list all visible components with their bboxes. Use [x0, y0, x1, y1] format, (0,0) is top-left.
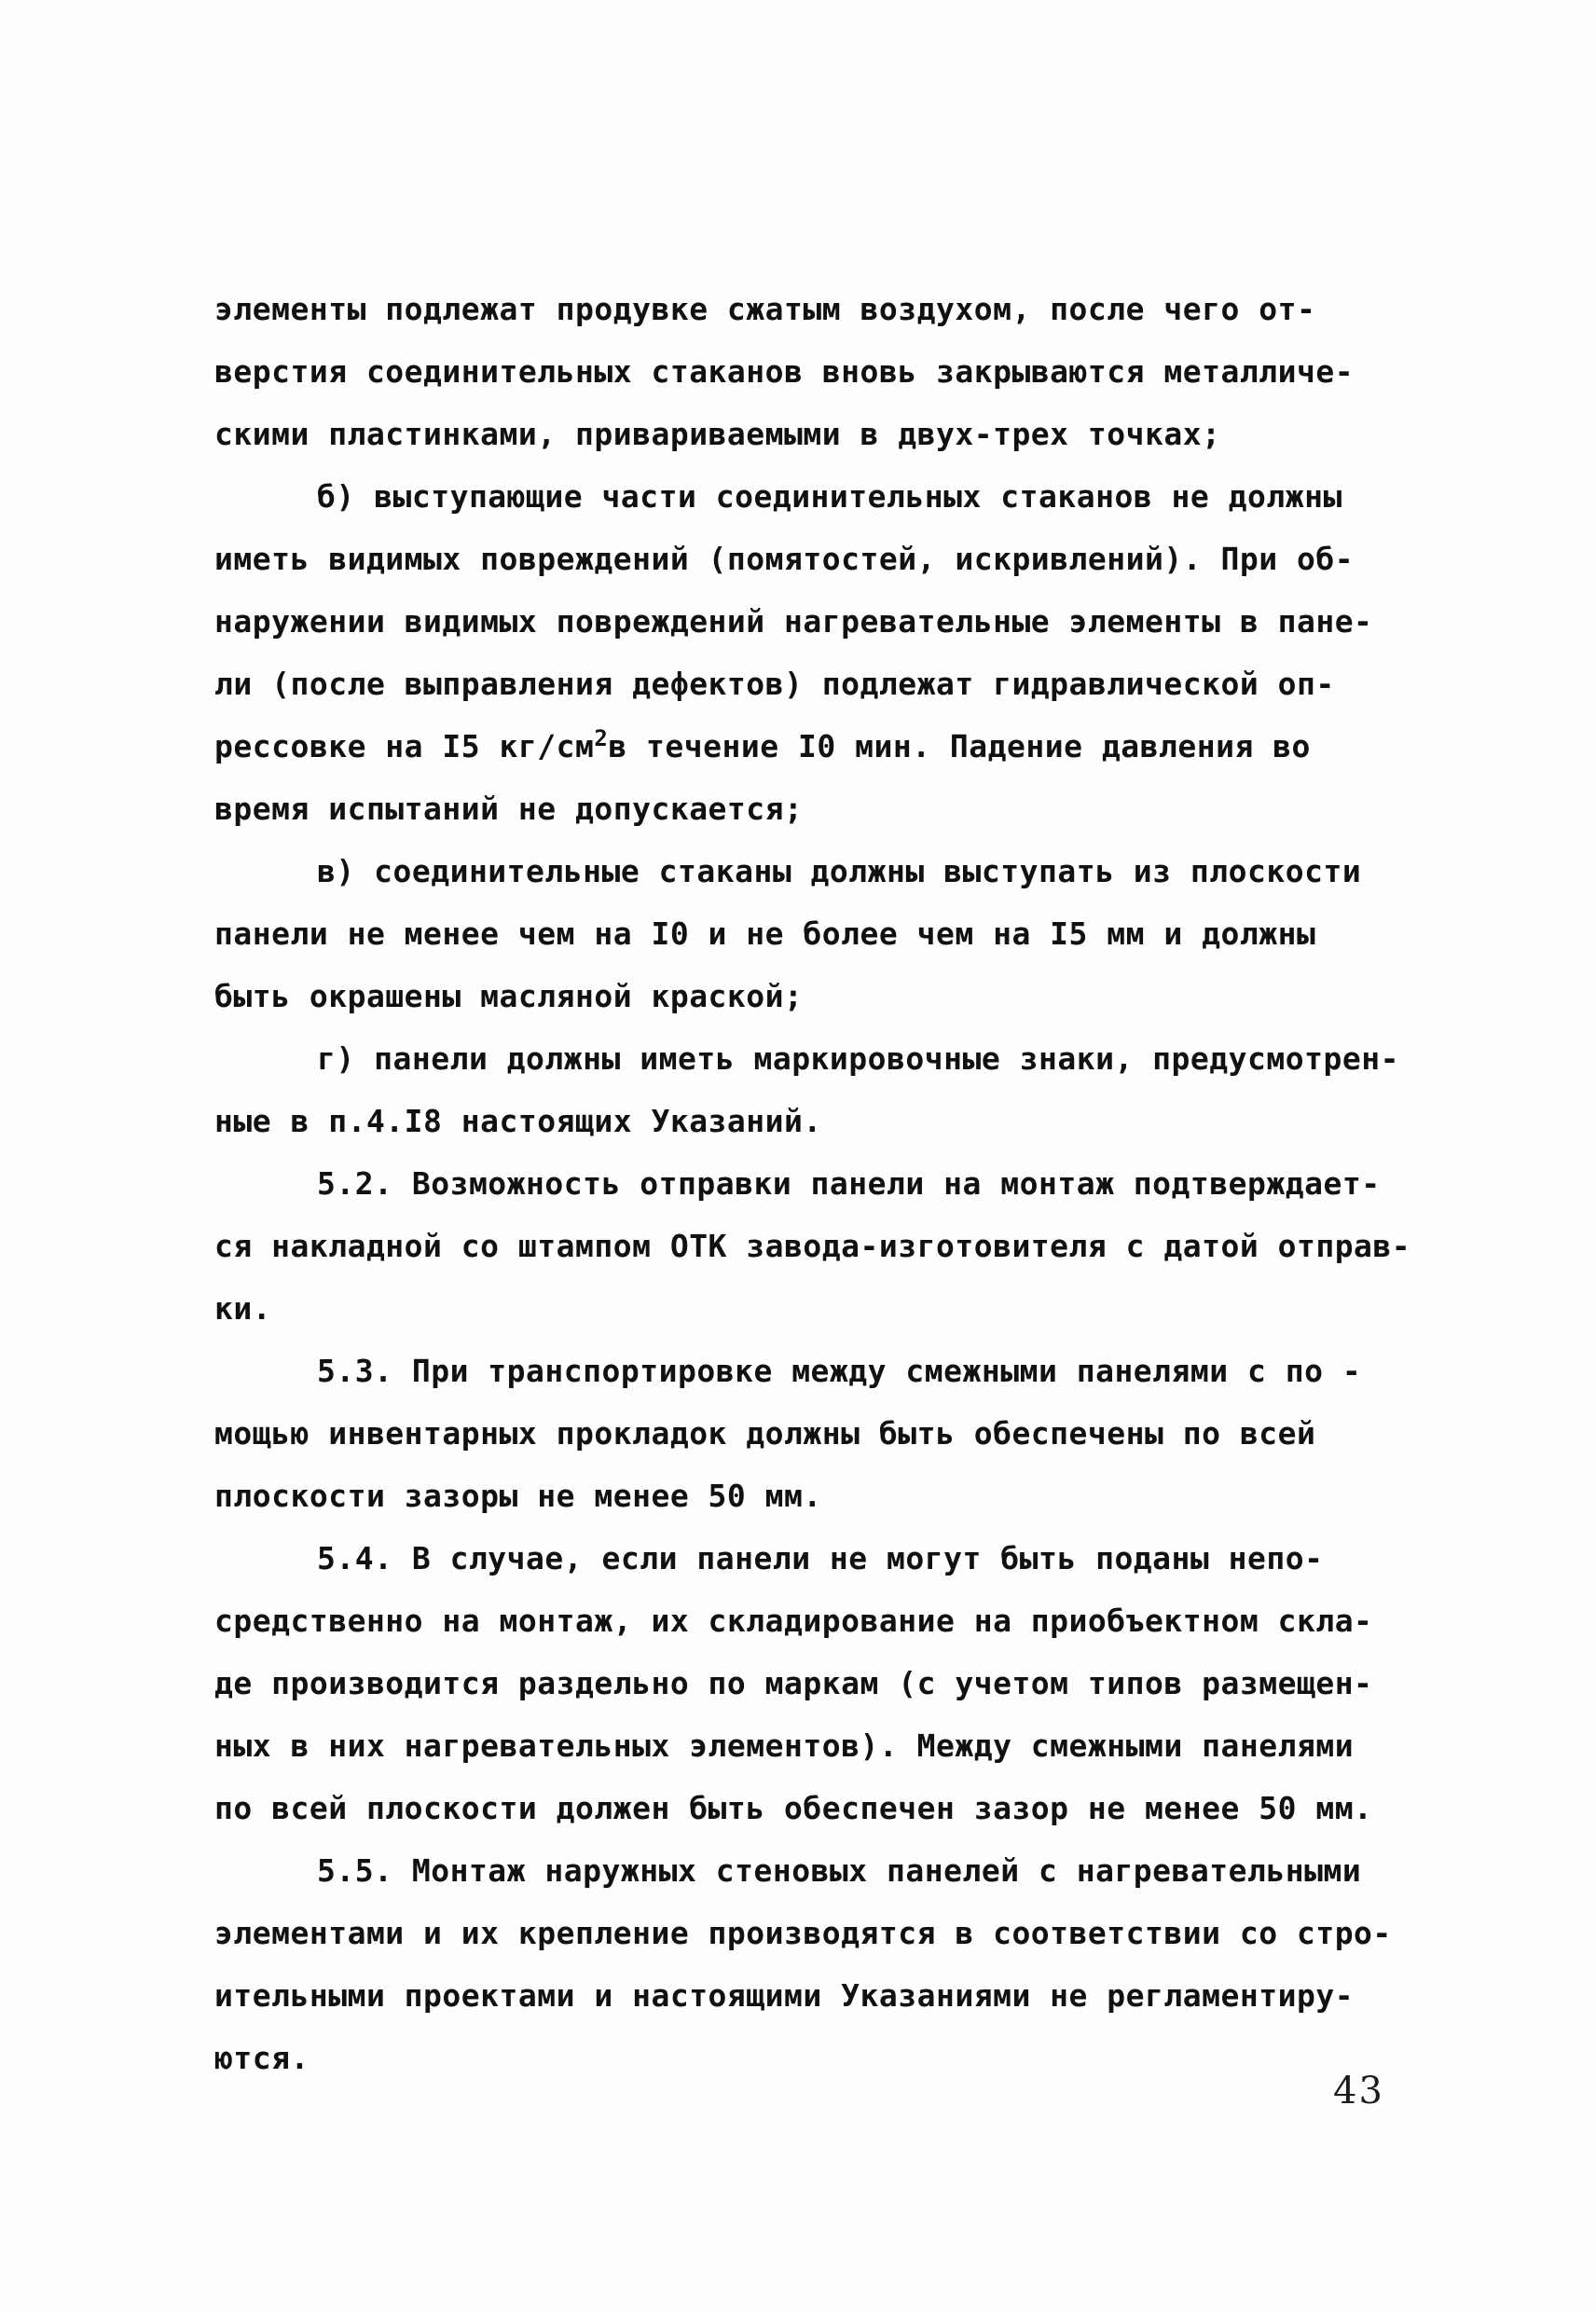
text-line: ительными проектами и настоящими Указани… [214, 1964, 1426, 2027]
text-line: по всей плоскости должен быть обеспечен … [214, 1777, 1426, 1839]
text-line: панели не менее чем на I0 и не более чем… [214, 902, 1426, 965]
text-line: ются. [214, 2027, 1426, 2089]
text-line: верстия соединительных стаканов вновь за… [214, 340, 1426, 403]
text-line: ли (после выправления дефектов) подлежат… [214, 653, 1426, 715]
text-line: ных в них нагревательных элементов). Меж… [214, 1714, 1426, 1777]
text-line: 5.4. В случае, если панели не могут быть… [214, 1527, 1426, 1589]
text-line: элементами и их крепление производятся в… [214, 1902, 1426, 1964]
text-line: плоскости зазоры не менее 50 мм. [214, 1465, 1426, 1527]
text-line: ные в п.4.I8 настоящих Указаний. [214, 1090, 1426, 1152]
text-line: ся накладной со штампом ОТК завода-изгот… [214, 1215, 1426, 1277]
text-line: де производится раздельно по маркам (с у… [214, 1652, 1426, 1714]
text-line: ки. [214, 1277, 1426, 1340]
scanned-page: элементы подлежат продувке сжатым воздух… [0, 0, 1596, 2312]
text-line: рессовке на I5 кг/см2в течение I0 мин. П… [214, 715, 1426, 778]
page-number: 43 [1333, 2070, 1384, 2112]
text-line: б) выступающие части соединительных стак… [214, 465, 1426, 528]
text-line: элементы подлежат продувке сжатым воздух… [214, 278, 1426, 340]
text-line: время испытаний не допускается; [214, 778, 1426, 840]
text-line: скими пластинками, привариваемыми в двух… [214, 403, 1426, 465]
text-line: 5.3. При транспортировке между смежными … [214, 1340, 1426, 1402]
text-line: мощью инвентарных прокладок должны быть … [214, 1402, 1426, 1465]
text-line: 5.5. Монтаж наружных стеновых панелей с … [214, 1839, 1426, 1902]
text-line: г) панели должны иметь маркировочные зна… [214, 1027, 1426, 1090]
text-line: быть окрашены масляной краской; [214, 965, 1426, 1027]
document-text: элементы подлежат продувке сжатым воздух… [214, 278, 1426, 2089]
text-line: 5.2. Возможность отправки панели на монт… [214, 1152, 1426, 1215]
text-line: средственно на монтаж, их складирование … [214, 1589, 1426, 1652]
text-line: наружении видимых повреждений нагревател… [214, 590, 1426, 653]
text-line: иметь видимых повреждений (помятостей, и… [214, 528, 1426, 590]
text-line: в) соединительные стаканы должны выступа… [214, 840, 1426, 902]
